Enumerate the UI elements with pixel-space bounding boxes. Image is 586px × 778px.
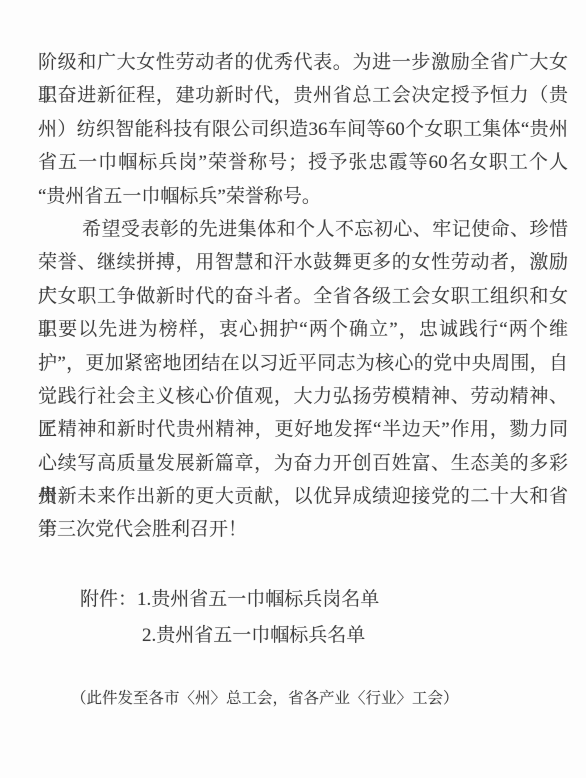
body-line: 阶级和广大女性劳动者的优秀代表。为进一步激励全省广大女职 — [38, 46, 568, 79]
document-page: 阶级和广大女性劳动者的优秀代表。为进一步激励全省广大女职工奋进新征程，建功新时代… — [0, 0, 586, 778]
distribution-note: （此件发至各市〈州〉总工会，省各产业〈行业〉工会） — [71, 688, 459, 710]
body-line: 州新未来作出新的更大贡献，以优异成绩迎接党的二十大和省第 — [38, 480, 568, 513]
body-line: 心续写高质量发展新篇章，为奋力开创百姓富、生态美的多彩贵 — [38, 447, 568, 480]
attachments-block: 附件：1.贵州省五一巾帼标兵岗名单 2.贵州省五一巾帼标兵名单 — [80, 582, 379, 653]
attachment-item-text: 2.贵州省五一巾帼标兵名单 — [142, 625, 365, 646]
body-line: 觉践行社会主义核心价值观，大力弘扬劳模精神、劳动精神、工 — [38, 380, 568, 413]
attachment-item: 附件：1.贵州省五一巾帼标兵岗名单 — [80, 582, 379, 618]
document-body: 阶级和广大女性劳动者的优秀代表。为进一步激励全省广大女职工奋进新征程，建功新时代… — [38, 46, 568, 547]
attachment-item: 2.贵州省五一巾帼标兵名单 — [80, 618, 379, 654]
body-line: 匠精神和新时代贵州精神，更好地发挥“半边天”作用，勠力同 — [38, 413, 568, 446]
attachment-item-text: 1.贵州省五一巾帼标兵岗名单 — [137, 589, 379, 610]
body-line: 荣誉、继续拼搏，用智慧和汗水鼓舞更多的女性劳动者，激励广 — [38, 246, 568, 279]
body-line: 省五一巾帼标兵岗”荣誉称号；授予张忠霞等60名女职工个人 — [38, 146, 568, 179]
body-line: 工要以先进为榜样，衷心拥护“两个确立”，忠诚践行“两个维 — [38, 313, 568, 346]
body-line: 大女职工争做新时代的奋斗者。全省各级工会女职工组织和女职 — [38, 280, 568, 313]
body-line: “贵州省五一巾帼标兵”荣誉称号。 — [38, 180, 568, 213]
body-line: 工奋进新征程，建功新时代，贵州省总工会决定授予恒力（贵 — [38, 79, 568, 112]
attachments-label: 附件： — [80, 589, 137, 610]
body-line: 十三次党代会胜利召开！ — [38, 513, 568, 546]
body-line: 州）纺织智能科技有限公司织造36车间等60个女职工集体“贵州 — [38, 113, 568, 146]
body-line: 护”，更加紧密地团结在以习近平同志为核心的党中央周围，自 — [38, 347, 568, 380]
body-line: 希望受表彰的先进集体和个人不忘初心、牢记使命、珍惜 — [38, 213, 568, 246]
